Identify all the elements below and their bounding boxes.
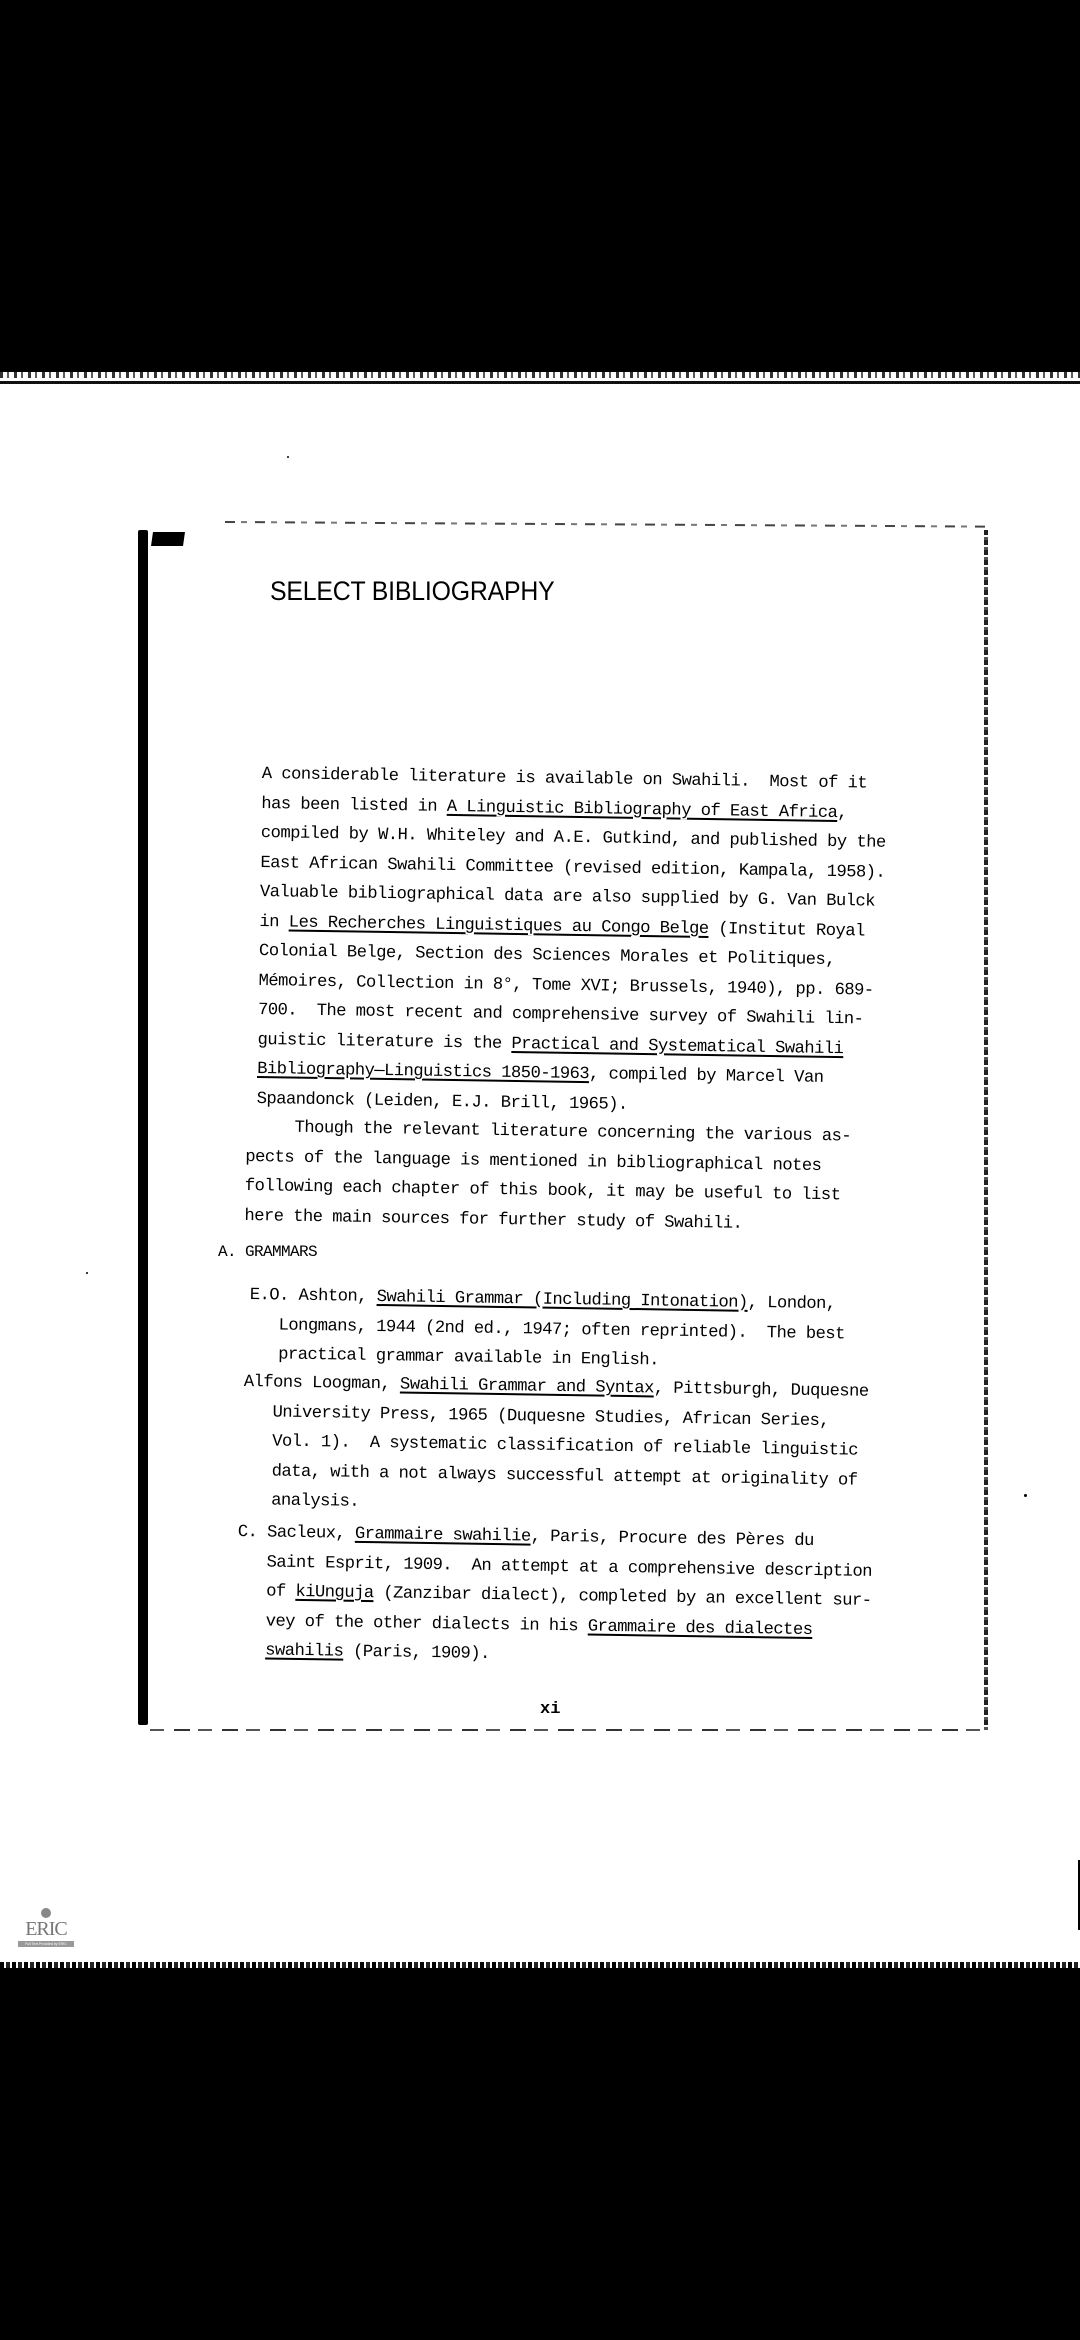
text-segment: here the main sources for further study … [244,1206,742,1233]
text-segment: vey of the other dialects in his [236,1611,588,1636]
text-segment: E.O. Ashton, [250,1286,377,1307]
bibliography-entry-loogman: Alfons Loogman, Swahili Grammar and Synt… [242,1368,869,1525]
cited-title: Grammaire swahilie [355,1525,531,1547]
eric-tagline: Full Text Provided by ERIC [18,1941,74,1947]
eric-logo-text: ERIC [18,1919,74,1939]
eric-logo: ERIC Full Text Provided by ERIC [18,1908,74,1956]
text-segment: pects of the language is mentioned in bi… [245,1147,821,1175]
page-frame-bottom [150,1729,985,1731]
text-segment: Alfons Loogman, [244,1373,401,1394]
cited-title: Swahili Grammar and Syntax [400,1375,654,1398]
cited-title: A Linguistic Bibliography of East Africa [447,797,838,822]
text-segment: University Press, 1965 (Duquesne Studies… [243,1402,829,1430]
text-segment: A considerable literature is available o… [262,765,868,794]
text-segment: has been listed in [261,794,447,816]
scan-speck [287,456,289,458]
text-segment: , Paris, Procure des Pères du [531,1528,814,1551]
scan-edge-bottom [0,1962,1080,1968]
text-segment: (Institut Royal [708,920,865,941]
section-heading-grammars: A. GRAMMARS [218,1243,317,1261]
cited-title: kiUnguja [295,1583,373,1603]
text-segment: in [259,912,289,931]
cited-title: Practical and Systematical Swahili [511,1034,843,1058]
text-segment: 700. The most recent and comprehensive s… [258,1001,864,1030]
cited-title: Bibliography—Linguistics 1850-1963 [257,1060,589,1084]
scan-speck [86,1272,88,1274]
scan-edge-top [0,372,1080,378]
text-segment: (Paris, 1909). [343,1643,490,1664]
text-segment: Longmans, 1944 (2nd ed., 1947; often rep… [249,1315,845,1343]
page-frame-left [138,530,148,1725]
text-segment: practical grammar available in English. [249,1345,659,1370]
text-segment: , London, [748,1294,836,1314]
text-segment: , [837,804,847,823]
page-frame-corner [151,532,185,546]
text-segment: of [237,1582,296,1602]
text-segment: guistic literature is the [257,1030,511,1053]
scan-speck [1024,1494,1027,1497]
text-segment: Mémoires, Collection in 8°, Tome XVI; Br… [258,971,873,1000]
bibliography-entry-sacleux: C. Sacleux, Grammaire swahilie, Paris, P… [236,1518,873,1675]
intro-paragraph: A considerable literature is available o… [256,760,886,1124]
text-segment: Valuable bibliographical data are also s… [260,883,875,912]
text-segment: East African Swahili Committee (revised … [260,853,885,882]
text-segment: Vol. 1). A systematic classification of … [243,1432,858,1461]
text-segment: compiled by W.H. Whiteley and A.E. Gutki… [261,824,886,853]
page-title: SELECT BIBLIOGRAPHY [270,576,555,607]
globe-icon [41,1908,51,1918]
text-segment: , compiled by Marcel Van [589,1065,824,1088]
page-frame-right [984,530,988,1730]
text-segment: following each chapter of this book, it … [245,1177,841,1205]
text-segment: analysis. [242,1491,359,1512]
text-segment: Though the relevant literature concernin… [246,1118,852,1147]
text-segment: data, with a not always successful attem… [242,1461,857,1490]
text-segment: Spaandonck (Leiden, E.J. Brill, 1965). [257,1089,628,1114]
bibliography-entry-ashton: E.O. Ashton, Swahili Grammar (Including … [249,1281,846,1379]
text-segment: (Zanzibar dialect), completed by an exce… [373,1584,871,1611]
cited-title: swahilis [265,1641,343,1661]
text-segment [236,1641,266,1660]
text-segment: , Pittsburgh, Duquesne [654,1379,869,1401]
cited-title: Swahili Grammar (Including Intonation) [377,1288,748,1313]
text-segment: Colonial Belge, Section des Sciences Mor… [259,942,835,970]
cited-title: Les Recherches Linguistiques au Congo Be… [289,913,709,939]
text-segment: Saint Esprit, 1909. An attempt at a comp… [237,1552,872,1581]
text-segment: C. Sacleux, [238,1523,355,1544]
scan-edge-line [0,381,1080,384]
second-paragraph: Though the relevant literature concernin… [244,1113,851,1240]
cited-title: Grammaire des dialectes [588,1617,813,1640]
page-number: xi [540,1700,560,1719]
